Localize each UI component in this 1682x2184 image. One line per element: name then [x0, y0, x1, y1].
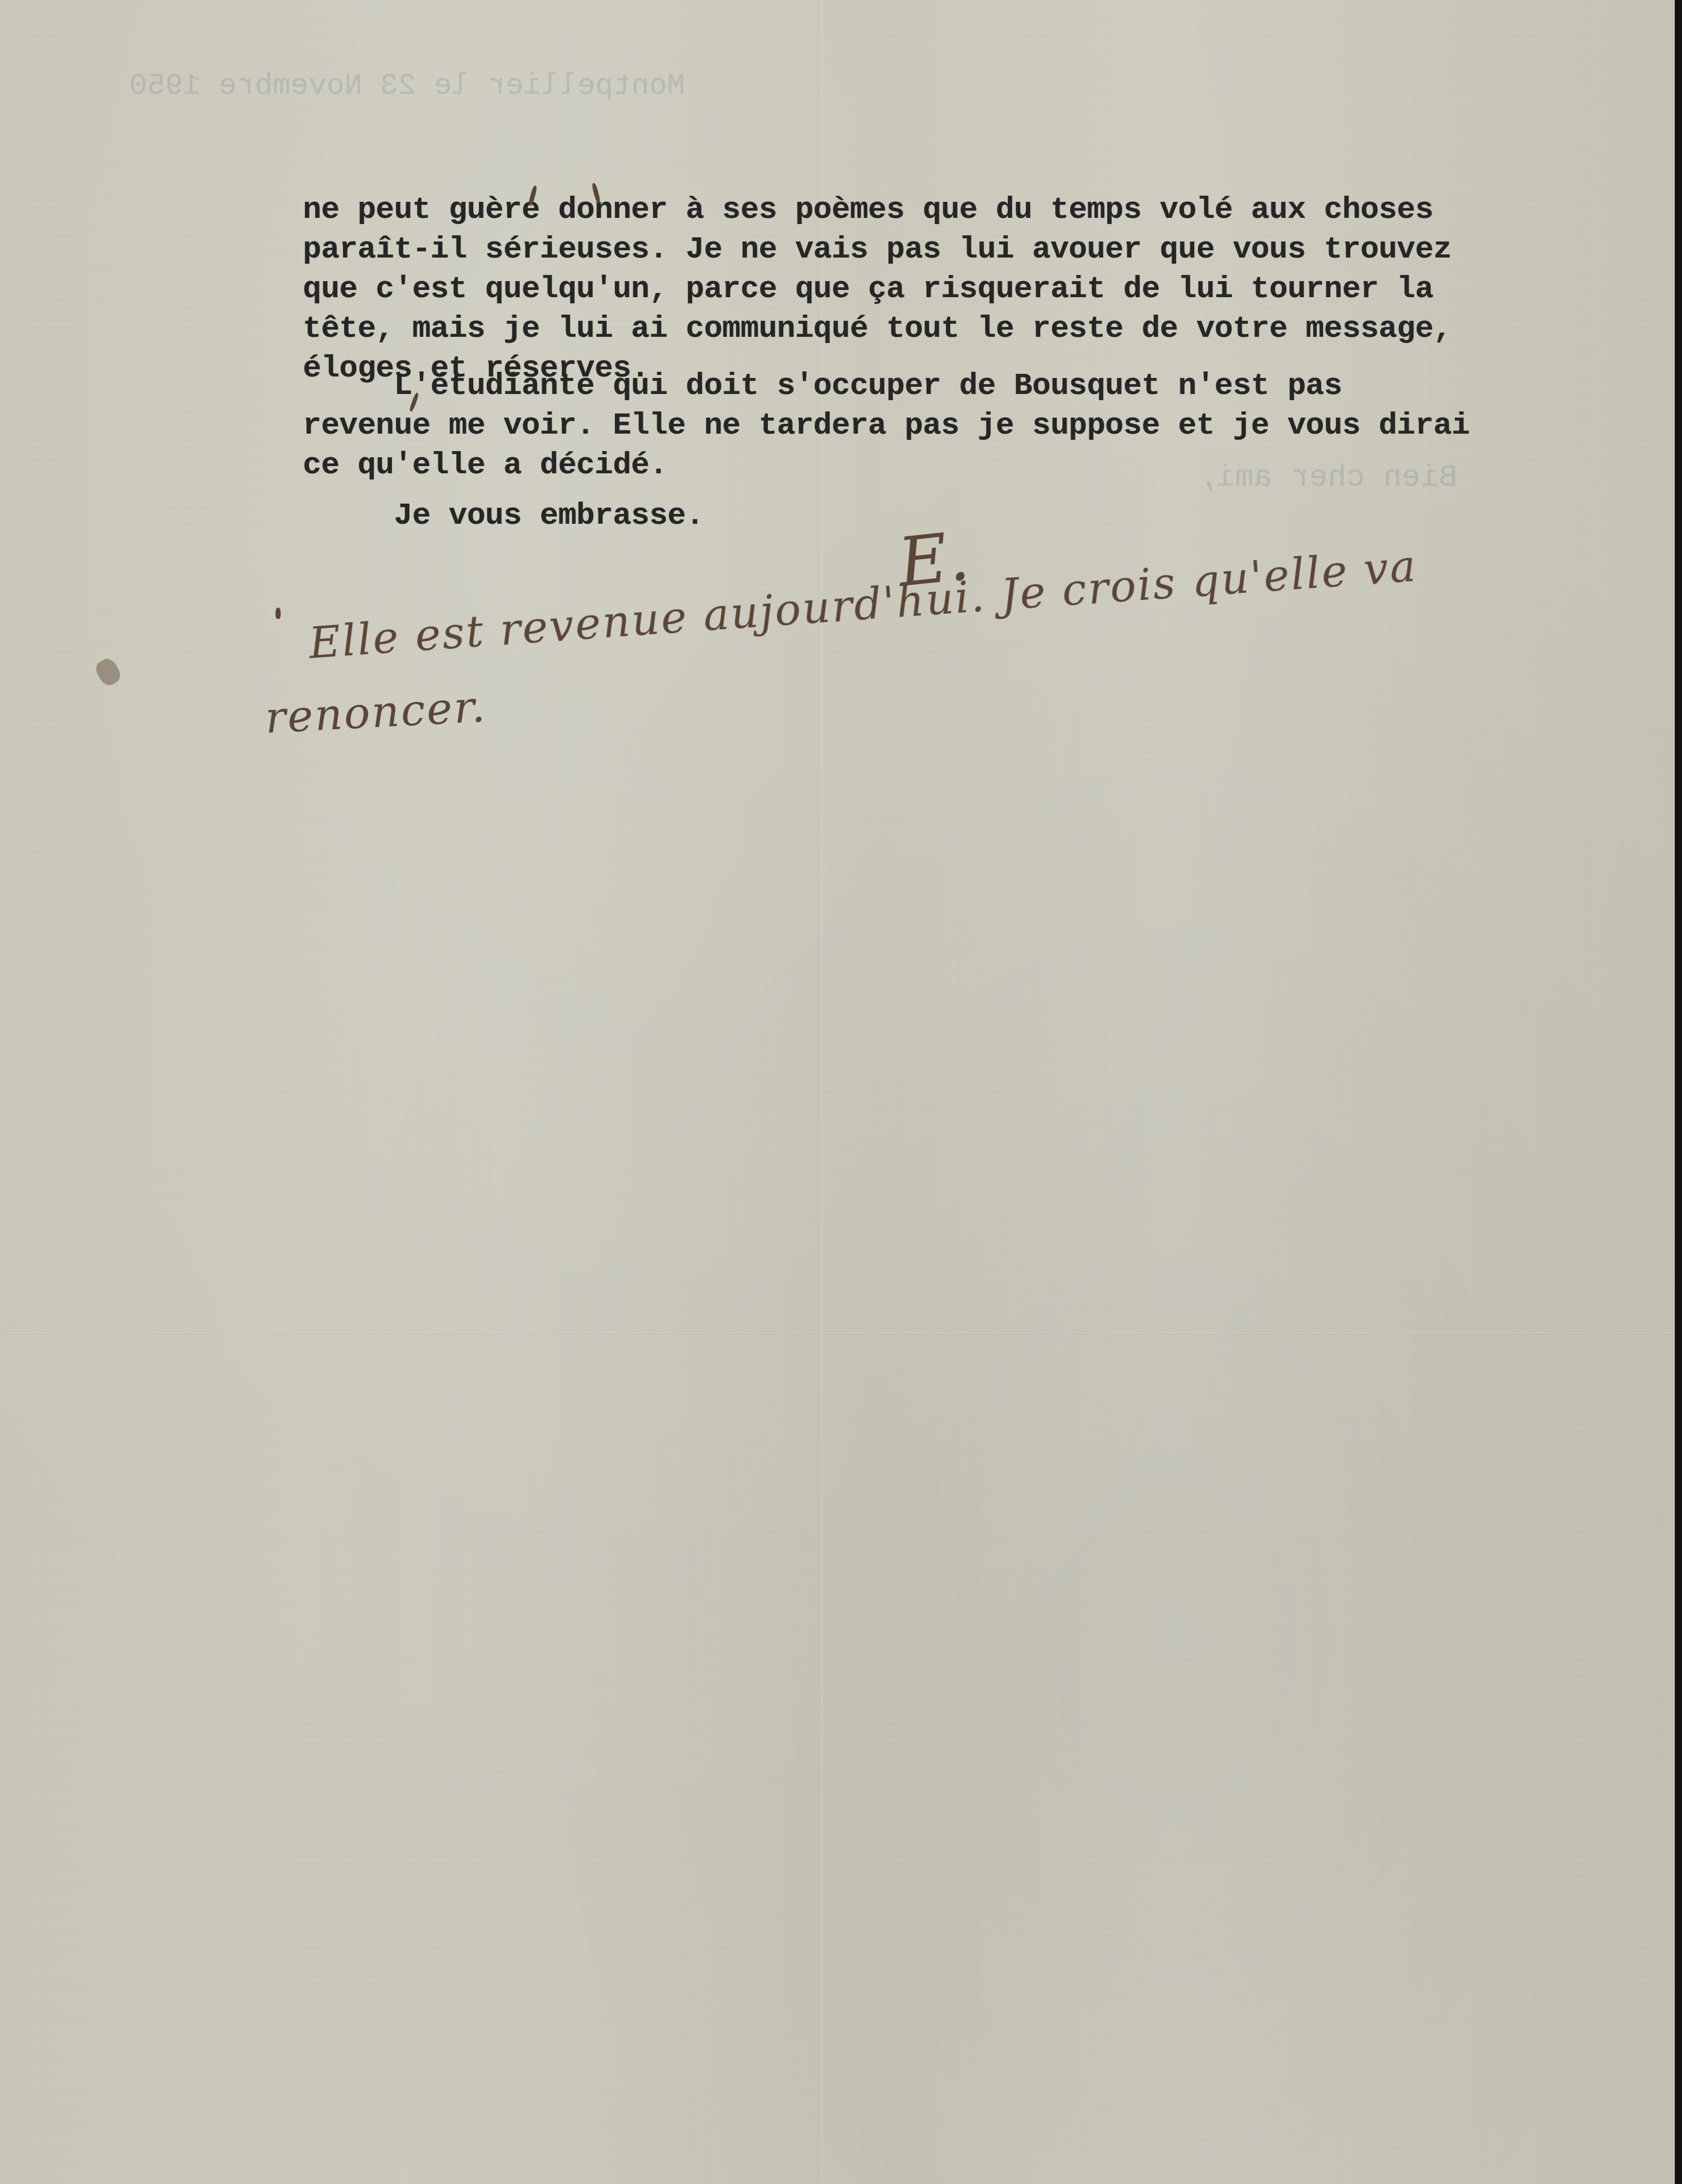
text-line: tête, mais je lui ai communiqué tout le … — [303, 309, 1452, 349]
text-line: ce qu'elle a décidé. — [303, 446, 1470, 486]
paragraph-2: L'étudiante qui doit s'occuper de Bousqu… — [303, 367, 1470, 486]
ink-speck — [276, 608, 281, 619]
text-line: que c'est quelqu'un, parce que ça risque… — [303, 270, 1452, 309]
text-line: L'étudiante qui doit s'occuper de Bousqu… — [303, 367, 1470, 406]
ink-stain — [93, 656, 124, 688]
show-through-header: Montpellier le 23 Novembre 1950 — [129, 67, 685, 106]
postscript-line-1: Elle est revenue aujourd'hui. Je crois q… — [307, 541, 1419, 668]
text-line: ne peut guère donner à ses poèmes que du… — [303, 191, 1452, 230]
horizontal-fold-line — [0, 1333, 1675, 1334]
text-line: Je vous embrasse. — [303, 496, 704, 536]
scan-background-edge — [1675, 0, 1682, 2184]
text-line: revenue me voir. Elle ne tardera pas je … — [303, 406, 1470, 446]
text-line: paraît-il sérieuses. Je ne vais pas lui … — [303, 230, 1452, 270]
letter-page: Montpellier le 23 Novembre 1950 Bien che… — [0, 0, 1675, 2184]
paragraph-1: ne peut guère donner à ses poèmes que du… — [303, 191, 1452, 389]
postscript-line-2: renoncer. — [264, 681, 488, 743]
closing-line: Je vous embrasse. — [303, 496, 704, 536]
